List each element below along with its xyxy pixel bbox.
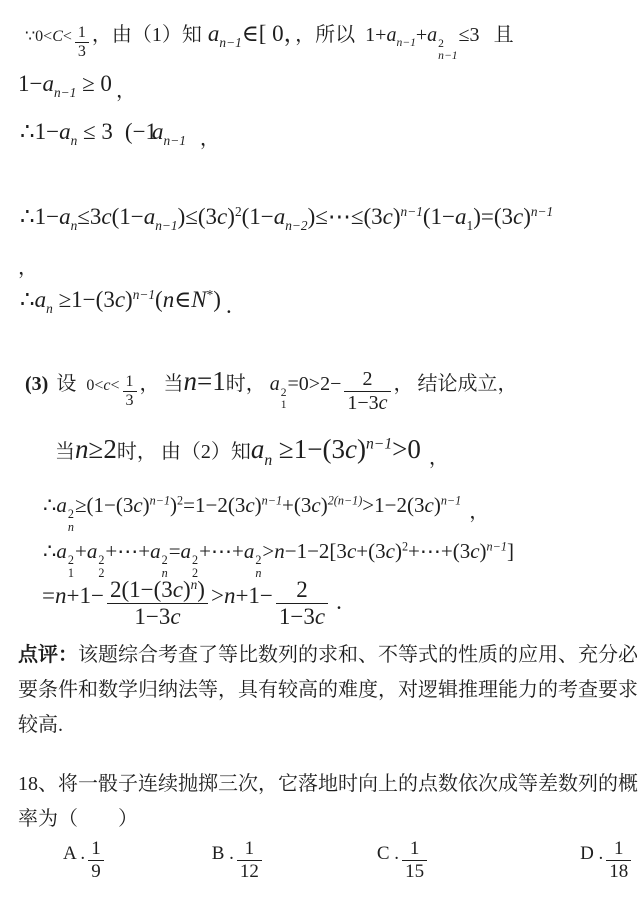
text-run: 1: [410, 838, 420, 859]
text-run: ∴: [20, 287, 35, 312]
text-run: a: [181, 539, 192, 563]
text-run: ∴1−: [20, 204, 59, 229]
text-run: ≤3: [459, 24, 480, 46]
line-chain-inequality: ∴1−an≤3c(1−an−1)≤(3c)2(1−an−2)≤⋯≤(3c)n−1…: [20, 203, 553, 235]
text-run: ≤3: [77, 204, 101, 229]
text-run: ，: [429, 447, 449, 469]
text-run: 较高.: [18, 714, 63, 736]
fraction: 21−3c: [276, 577, 328, 631]
text-run: =: [42, 583, 55, 608]
fraction: 13: [123, 373, 137, 411]
text-run: <: [63, 28, 72, 45]
text-run: a: [150, 539, 161, 563]
superscript: 2: [68, 554, 74, 567]
text-run: ∈[ 0，: [242, 21, 295, 46]
text-run: c: [170, 604, 180, 629]
math-run: 19: [85, 843, 107, 864]
fraction-numerator: 1: [237, 838, 262, 861]
subscript: n−1: [54, 85, 76, 100]
sub-sup-stack: 2n: [68, 508, 74, 534]
text-run: +: [416, 24, 427, 46]
text-run: 1+: [365, 24, 386, 46]
text-run: C: [52, 28, 63, 45]
math-run: an−1∈[ 0，: [208, 21, 295, 46]
text-run: ≥(1−(3: [75, 493, 133, 517]
line-part3-setup: (3)设0<c<13，当n=1时，a21=0>2−21−3c，结论成立，: [25, 365, 518, 415]
text-run: +⋯+: [105, 539, 150, 563]
text-run: c: [173, 577, 183, 602]
text-run: a: [274, 204, 286, 229]
text-run: 1: [91, 838, 101, 859]
fraction: 19: [88, 838, 104, 883]
text-run: 设: [56, 373, 76, 395]
fraction-denominator: 1−3c: [344, 392, 390, 415]
text-run: a: [455, 204, 467, 229]
sub-sup-stack: 21: [68, 554, 74, 580]
text-run: 结论成立，: [418, 373, 518, 395]
math-run: 118: [603, 843, 634, 864]
text-run: 1: [126, 373, 134, 390]
text-run: 1−3: [279, 604, 315, 629]
text-run: c: [424, 493, 433, 517]
text-run: c: [311, 493, 320, 517]
text-run: ≥ 0: [76, 71, 112, 96]
text-run: 2: [362, 368, 372, 390]
line-part3-n-ge-2: 当n≥2时，由（2）知an ≥1−(3c)n−1>0，: [55, 433, 449, 471]
text-run: a: [56, 493, 67, 517]
text-run: 要条件和数学归纳法等，具有较高的难度，对逻辑推理能力的考查要求: [18, 679, 638, 701]
fraction-denominator: 1−3c: [276, 604, 328, 630]
text-run: 且: [494, 24, 514, 46]
sub-sup-stack: 22: [192, 554, 198, 580]
text-run: a: [270, 373, 280, 395]
text-run: .: [226, 293, 232, 318]
text-run: ，: [469, 501, 489, 523]
text-run: c: [379, 392, 388, 414]
math-run: 1+an−1+a2n−1≤3: [365, 24, 479, 46]
sub-sup-stack: 22: [98, 554, 104, 580]
text-run: a: [144, 204, 156, 229]
text-run: (3): [25, 373, 48, 395]
text-run: ): [321, 493, 328, 517]
fraction: 21−3c: [344, 368, 390, 415]
text-run: 时，: [117, 441, 157, 463]
text-run: −1−2[3: [285, 539, 347, 563]
subscript: n−2: [285, 218, 307, 233]
text-run: c: [470, 539, 479, 563]
superscript: 2: [162, 554, 168, 567]
document-page: ∵0<C<13，由（1）知an−1∈[ 0，，所以1+an−1+a2n−1≤3且…: [0, 0, 640, 905]
text-run: +⋯+: [199, 539, 244, 563]
text-run: c: [347, 539, 356, 563]
text-run: 当: [164, 373, 184, 395]
text-run: ): [213, 287, 221, 312]
text-run: (1−: [112, 204, 144, 229]
text-run: ): [227, 204, 235, 229]
text-run: )≤⋯≤(3: [308, 204, 383, 229]
text-run: >1−2(3: [362, 493, 424, 517]
text-run: 15: [405, 861, 424, 882]
sub-sup-stack: 2n−1: [438, 38, 457, 62]
superscript: n−1: [133, 287, 155, 302]
text-run: ，: [116, 80, 136, 102]
math-run: ∵0<C<13: [25, 28, 92, 45]
line-final-bound: =n+1−2(1−(3c)n)1−3c>n+1−21−3c.: [42, 577, 342, 631]
superscript: n−1: [441, 494, 461, 508]
text-run: c: [383, 204, 393, 229]
text-run: 1−: [18, 71, 42, 96]
fraction-numerator: 1: [75, 24, 89, 43]
text-run: ]: [507, 539, 514, 563]
line-ineq-1: 1−an−1 ≥ 0，: [18, 70, 136, 102]
text-run: c: [513, 204, 523, 229]
text-run: 18: [609, 861, 628, 882]
fraction-denominator: 12: [237, 861, 262, 883]
text-run: 2: [296, 577, 308, 602]
line-comment-2: 要条件和数学归纳法等，具有较高的难度，对逻辑推理能力的考查要求: [18, 678, 638, 703]
text-run: ∴1−: [20, 119, 59, 144]
text-run: c: [217, 204, 227, 229]
math-run: ∴a2n≥(1−(3c)n−1)2=1−2(3c)n−1+(3c)2(n−1)>…: [43, 493, 461, 517]
math-run: ∴1−an ≤ 3(−1an−1: [20, 119, 186, 144]
line-comment-1: 点评：该题综合考查了等比数列的求和、不等式的性质的应用、充分必: [18, 643, 638, 668]
text-run: n: [55, 583, 67, 608]
superscript: 2(n−1): [328, 494, 363, 508]
text-run: +: [75, 539, 87, 563]
text-run: 由（2）知: [161, 441, 251, 463]
text-run: ): [393, 204, 401, 229]
superscript: n−1: [487, 540, 507, 554]
text-run: 率为（ ）: [18, 808, 138, 830]
text-run: +1−: [235, 583, 272, 608]
fraction-denominator: 3: [123, 392, 137, 410]
text-run: N: [191, 287, 206, 312]
text-run: c: [345, 434, 357, 464]
text-run: .: [336, 589, 342, 614]
text-run: 该题综合考查了等比数列的求和、不等式的性质的应用、充分必: [78, 644, 638, 666]
text-run: c: [386, 539, 395, 563]
text-run: ≥1−(3: [53, 287, 115, 312]
text-run: a: [244, 539, 255, 563]
text-run: c: [315, 604, 325, 629]
text-run: c: [133, 493, 142, 517]
text-run: ): [183, 577, 191, 602]
text-run: =: [169, 539, 181, 563]
text-run: a: [87, 539, 98, 563]
fraction: 112: [237, 838, 262, 883]
superscript: 2: [98, 554, 104, 567]
text-run: ∴: [43, 539, 56, 563]
math-run: 115: [399, 843, 430, 864]
text-run: 点评：: [18, 644, 78, 666]
fraction-denominator: 18: [606, 861, 631, 883]
text-run: +⋯+(3: [408, 539, 470, 563]
superscript: n−1: [366, 436, 392, 453]
math-run: n≥2: [75, 434, 117, 464]
fraction-denominator: 15: [402, 861, 427, 883]
text-run: 3: [78, 43, 86, 60]
line-question-18-b: 率为（ ）: [18, 807, 138, 832]
line-square-inequality: ∴a2n≥(1−(3c)n−1)2=1−2(3c)n−1+(3c)2(n−1)>…: [43, 492, 489, 534]
math-run: 0<c<13: [86, 377, 139, 394]
fraction-numerator: 1: [402, 838, 427, 861]
text-run: ∵0<: [25, 28, 52, 45]
superscript: n−1: [262, 494, 282, 508]
text-run: a: [42, 71, 54, 96]
fraction-denominator: 1−3c: [107, 604, 208, 630]
text-run: 1: [245, 838, 255, 859]
subscript: n: [46, 301, 53, 316]
text-run: ): [255, 493, 262, 517]
math-run: an ≥1−(3c)n−1>0: [251, 434, 421, 464]
text-run: n: [75, 434, 89, 464]
text-run: D .: [580, 843, 603, 864]
math-run: =n+1−2(1−(3c)n)1−3c>n+1−21−3c: [42, 583, 331, 608]
superscript: 2: [68, 508, 74, 521]
text-run: ): [197, 577, 205, 602]
text-run: >: [262, 539, 274, 563]
text-run: 当: [55, 441, 75, 463]
math-run: ∴a21+a22+⋯+a2n=a22+⋯+a2n>n−1−2[3c+(3c)2+…: [43, 539, 514, 563]
math-run: ∴an ≥1−(3c)n−1(n∈N*): [20, 287, 221, 312]
fraction: 2(1−(3c)n)1−3c: [107, 577, 208, 631]
superscript: 2: [235, 204, 242, 219]
text-run: A .: [63, 843, 85, 864]
text-run: ): [125, 287, 133, 312]
fraction-numerator: 1: [606, 838, 631, 861]
superscript: n−1: [150, 494, 170, 508]
text-run: <: [110, 377, 119, 394]
text-run: 1: [614, 838, 624, 859]
text-run: c: [245, 493, 254, 517]
text-run: B .: [212, 843, 234, 864]
line-wrapped-comma: ，: [18, 256, 38, 281]
subscript: n: [68, 521, 74, 534]
line-premise: ∵0<C<13，由（1）知an−1∈[ 0，，所以1+an−1+a2n−1≤3且: [25, 20, 514, 62]
text-run: ，: [394, 373, 414, 395]
text-run: >0: [392, 434, 421, 464]
text-run: 2(1−(3: [110, 577, 173, 602]
line-ineq-2-garbled: ∴1−an ≤ 3(−1an−1，: [20, 118, 220, 150]
subscript: n−1: [155, 218, 177, 233]
text-run: a: [59, 119, 71, 144]
text-run: n: [224, 583, 236, 608]
fraction-numerator: 1: [88, 838, 104, 861]
text-run: ≥1−(3: [272, 434, 345, 464]
fraction: 118: [606, 838, 631, 883]
text-run: ): [480, 539, 487, 563]
text-run: ，: [140, 373, 160, 395]
text-run: ，: [18, 257, 38, 279]
superscript: 2: [192, 554, 198, 567]
text-run: )≤(3: [178, 204, 217, 229]
text-run: ): [523, 204, 531, 229]
text-run: (1−: [242, 204, 274, 229]
text-run: a: [59, 204, 71, 229]
text-run: )=(3: [473, 204, 513, 229]
subscript: n−1: [438, 50, 457, 62]
text-run: ≤ 3: [77, 119, 113, 144]
text-run: 0<: [86, 377, 103, 394]
text-run: =0>2−: [288, 373, 342, 395]
sub-sup-stack: 2n: [162, 554, 168, 580]
text-run: n: [274, 539, 285, 563]
fraction-numerator: 2: [344, 368, 390, 392]
math-run: ∴1−an≤3c(1−an−1)≤(3c)2(1−an−2)≤⋯≤(3c)n−1…: [20, 204, 553, 229]
text-run: 1−3: [134, 604, 170, 629]
text-run: 1: [78, 24, 86, 41]
text-run: +1−: [66, 583, 103, 608]
line-sum-inequality: ∴a21+a22+⋯+a2n=a22+⋯+a2n>n−1−2[3c+(3c)2+…: [43, 538, 514, 580]
text-run: 9: [91, 861, 101, 882]
text-run: (: [155, 287, 163, 312]
text-run: a: [208, 21, 220, 46]
text-run: a: [386, 24, 396, 46]
text-run: a: [427, 24, 437, 46]
text-run: ): [395, 539, 402, 563]
text-run: >: [211, 583, 224, 608]
superscript: 2: [255, 554, 261, 567]
subscript: 1: [281, 399, 287, 411]
sub-sup-stack: 21: [281, 387, 287, 411]
text-run: a: [56, 539, 67, 563]
text-run: 18、将一骰子连续抛掷三次，它落地时向上的点数依次成等差数列的概: [18, 773, 638, 795]
fraction-numerator: 2(1−(3c)n): [107, 577, 208, 604]
options-row: A .19B .112C .115D .118: [18, 838, 634, 883]
math-run: a21=0>2−21−3c: [270, 373, 394, 395]
text-run: ∴: [43, 493, 56, 517]
text-run: =1: [197, 366, 226, 396]
fraction: 13: [75, 24, 89, 62]
text-run: (1−: [423, 204, 455, 229]
text-run: ∈: [174, 287, 191, 312]
text-run: 时，: [226, 373, 266, 395]
superscript: n−1: [401, 204, 423, 219]
fraction-numerator: 1: [123, 373, 137, 392]
text-run: ≥2: [89, 434, 117, 464]
line-conclusion-an: ∴an ≥1−(3c)n−1(n∈N*).: [20, 286, 232, 318]
text-run: =1−2(3: [183, 493, 245, 517]
math-run: 1−an−1 ≥ 0: [18, 71, 112, 96]
text-run: ): [170, 493, 177, 517]
text-run: c: [115, 287, 125, 312]
text-run: a: [152, 119, 164, 144]
text-run: ，: [200, 128, 220, 150]
text-run: ): [434, 493, 441, 517]
math-run: 112: [234, 843, 265, 864]
math-run: n=1: [184, 366, 226, 396]
subscript: n−1: [164, 133, 186, 148]
line-comment-3: 较高.: [18, 713, 63, 738]
fraction-denominator: 9: [88, 861, 104, 883]
text-run: n: [184, 366, 198, 396]
fraction-denominator: 3: [75, 43, 89, 61]
subscript: n: [264, 452, 272, 469]
fraction: 115: [402, 838, 427, 883]
text-run: c: [101, 204, 111, 229]
fraction-numerator: 2: [276, 577, 328, 604]
subscript: n−1: [219, 35, 241, 50]
text-run: +(3: [282, 493, 311, 517]
text-run: ): [357, 434, 366, 464]
subscript: n−1: [396, 36, 415, 49]
text-run: ，由（1）知: [92, 24, 202, 46]
superscript: n−1: [531, 204, 553, 219]
sub-sup-stack: 2n: [255, 554, 261, 580]
text-run: +(3: [356, 539, 385, 563]
text-run: 3: [126, 392, 134, 409]
text-run: ): [143, 493, 150, 517]
line-question-18-a: 18、将一骰子连续抛掷三次，它落地时向上的点数依次成等差数列的概: [18, 772, 638, 797]
text-run: 12: [240, 861, 259, 882]
text-run: a: [35, 287, 47, 312]
text-run: C .: [377, 843, 399, 864]
text-run: a: [251, 434, 265, 464]
text-run: ，所以: [295, 24, 355, 46]
text-run: 1−3: [347, 392, 378, 414]
text-run: n: [163, 287, 175, 312]
